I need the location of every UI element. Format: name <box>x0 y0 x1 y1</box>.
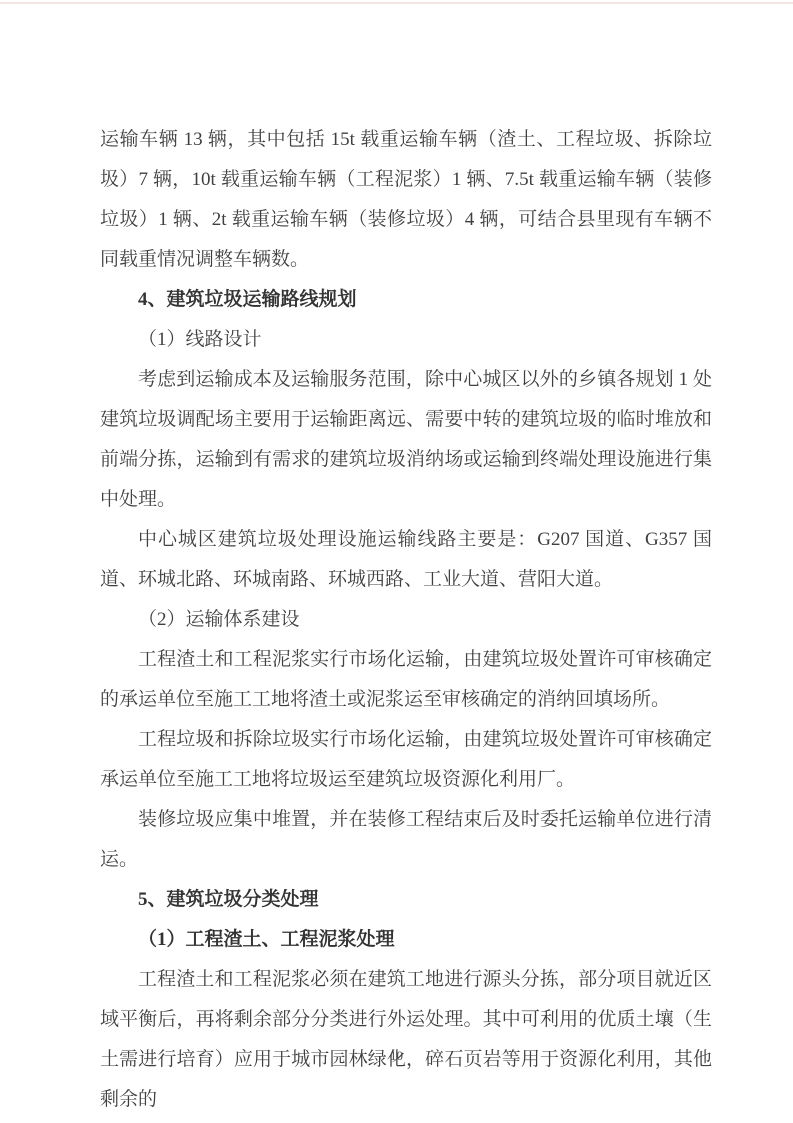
paragraph-route-design-detail: 考虑到运输成本及运输服务范围，除中心城区以外的乡镇各规划 1 处建筑垃圾调配场主… <box>100 360 712 520</box>
paragraph-slag-slurry-transport: 工程渣土和工程泥浆实行市场化运输，由建筑垃圾处置许可审核确定的承运单位至施工工地… <box>100 640 712 720</box>
document-body: 运输车辆 13 辆，其中包括 15t 载重运输车辆（渣土、工程垃圾、拆除垃圾）7… <box>100 120 712 1120</box>
paragraph-slag-slurry-treatment-detail: 工程渣土和工程泥浆必须在建筑工地进行源头分拣，部分项目就近区域平衡后，再将剩余部… <box>100 960 712 1120</box>
subheading-1-slag-slurry-treatment: （1）工程渣土、工程泥浆处理 <box>100 920 712 960</box>
paragraph-central-city-routes: 中心城区建筑垃圾处理设施运输线路主要是：G207 国道、G357 国道、环城北路… <box>100 520 712 600</box>
document-page: 运输车辆 13 辆，其中包括 15t 载重运输车辆（渣土、工程垃圾、拆除垃圾）7… <box>0 0 793 1123</box>
heading-5-waste-classification-treatment: 5、建筑垃圾分类处理 <box>100 880 712 920</box>
paragraph-vehicle-fleet: 运输车辆 13 辆，其中包括 15t 载重运输车辆（渣土、工程垃圾、拆除垃圾）7… <box>100 120 712 280</box>
subheading-1-route-design: （1）线路设计 <box>100 320 712 360</box>
page-number: 10 <box>0 1046 793 1066</box>
page-top-scan-artifact <box>0 2 793 4</box>
heading-4-transport-route-planning: 4、建筑垃圾运输路线规划 <box>100 280 712 320</box>
subheading-2-transport-system: （2）运输体系建设 <box>100 600 712 640</box>
paragraph-engineering-demolition-transport: 工程垃圾和拆除垃圾实行市场化运输，由建筑垃圾处置许可审核确定承运单位至施工工地将… <box>100 720 712 800</box>
paragraph-decoration-waste-clearing: 装修垃圾应集中堆置，并在装修工程结束后及时委托运输单位进行清运。 <box>100 800 712 880</box>
